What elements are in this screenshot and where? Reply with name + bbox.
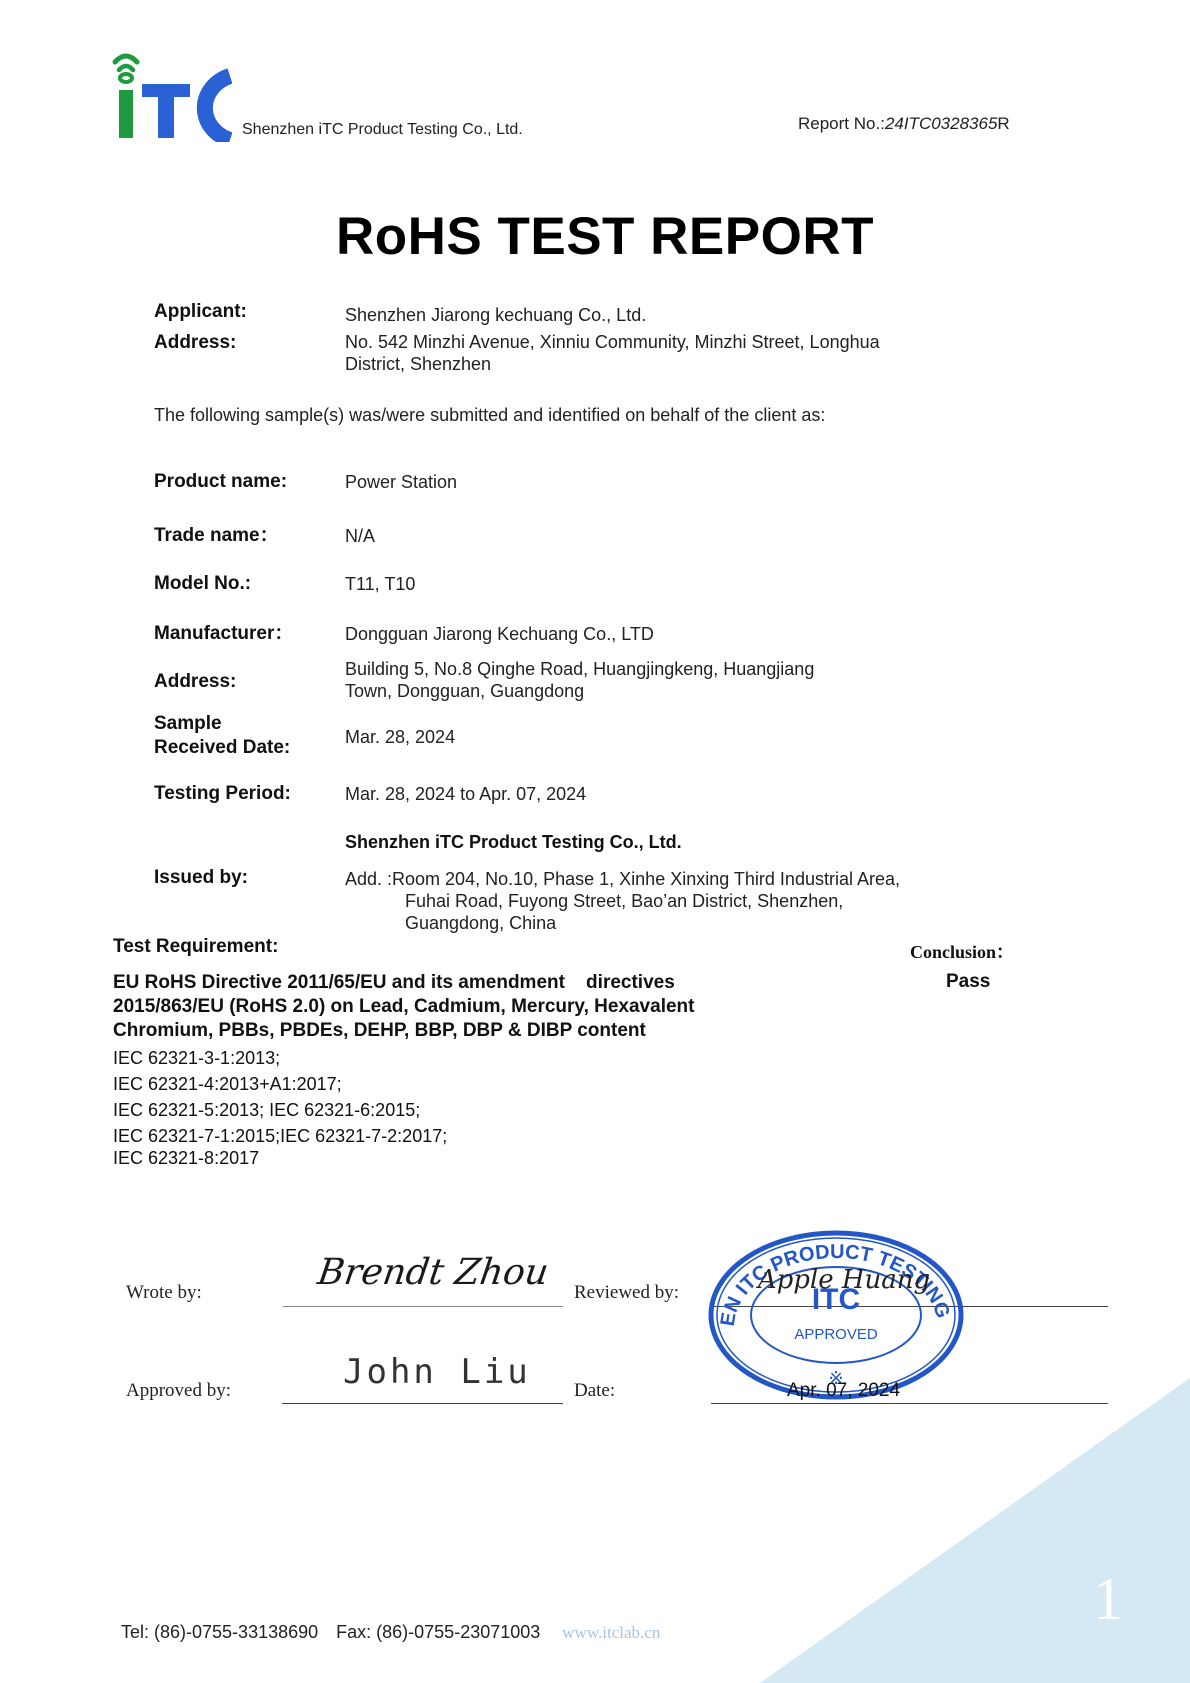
applicant-address-value: No. 542 Minzhi Avenue, Xinniu Community,… [345,331,975,375]
date-line [711,1403,1108,1404]
applicant-address-line2: District, Shenzhen [345,353,975,375]
manufacturer-address-label: Address: [154,670,236,694]
approval-stamp: SHENZHEN ITC PRODUCT TESTING CO.,LTD. IT… [706,1228,966,1402]
standard-item: IEC 62321-4:2013+A1:2017; [113,1073,447,1099]
applicant-label: Applicant: [154,300,247,324]
date-value: Apr. 07, 2024 [787,1380,900,1402]
footer-website-link[interactable]: www.itclab.cn [562,1623,660,1642]
standard-item: IEC 62321-3-1:2013; [113,1047,447,1073]
trade-name-value: N/A [345,525,975,547]
report-number: Report No.:24ITC0328365R [798,114,1010,134]
manufacturer-label: Manufacturer： [154,622,293,646]
itc-logo [112,48,232,142]
model-no-label: Model No.: [154,572,251,596]
reviewed-by-signature: Apple Huang [756,1265,930,1295]
testing-period-label: Testing Period: [154,782,291,806]
wrote-by-line [283,1306,563,1307]
manufacturer-value: Dongguan Jiarong Kechuang Co., LTD [345,623,975,645]
standard-item: IEC 62321-5:2013; IEC 62321-6:2015; [113,1099,447,1125]
issuer-address-line3: Guangdong, China [345,912,900,934]
testing-period-value: Mar. 28, 2024 to Apr. 07, 2024 [345,783,975,805]
test-requirement-directive: EU RoHS Directive 2011/65/EU and its ame… [113,971,793,1043]
date-label: Date: [574,1380,615,1402]
manufacturer-address-line2: Town, Dongguan, Guangdong [345,680,975,702]
sample-received-label-line2: Received Date: [154,736,290,760]
test-standards-list: IEC 62321-3-1:2013; IEC 62321-4:2013+A1:… [113,1047,447,1173]
model-no-value: T11, T10 [345,573,975,595]
issued-by-label: Issued by: [154,866,248,890]
product-name-value: Power Station [345,471,975,493]
stamp-approved-text: APPROVED [794,1326,878,1343]
issuer-name: Shenzhen iTC Product Testing Co., Ltd. [345,832,682,853]
standard-item: IEC 62321-8:2017 [113,1147,447,1173]
directive-line2: 2015/863/EU (RoHS 2.0) on Lead, Cadmium,… [113,995,793,1019]
intro-text: The following sample(s) was/were submitt… [154,405,825,426]
product-name-label: Product name: [154,470,287,494]
test-requirement-label: Test Requirement: [113,936,278,958]
page-title: RoHS TEST REPORT [0,206,1190,267]
wrote-by-signature: Brendt Zhou [315,1252,551,1293]
company-name-header: Shenzhen iTC Product Testing Co., Ltd. [242,121,523,139]
report-no-suffix: R [997,114,1009,133]
issuer-address-line2: Fuhai Road, Fuyong Street, Bao’an Distri… [345,890,900,912]
sample-received-label: Sample Received Date: [154,712,290,760]
applicant-address-line1: No. 542 Minzhi Avenue, Xinniu Community,… [345,331,975,353]
trade-name-label: Trade name： [154,524,279,548]
applicant-value: Shenzhen Jiarong kechuang Co., Ltd. [345,304,975,326]
issuer-address-line1: Add. :Room 204, No.10, Phase 1, Xinhe Xi… [345,868,900,890]
footer-contact: Tel: (86)-0755-33138690Fax: (86)-0755-23… [121,1622,660,1643]
approved-by-line [282,1403,563,1404]
sample-received-value: Mar. 28, 2024 [345,726,975,748]
manufacturer-address-value: Building 5, No.8 Qinghe Road, Huangjingk… [345,658,975,702]
conclusion-value: Pass [946,971,990,993]
footer-fax: Fax: (86)-0755-23071003 [336,1622,540,1642]
directive-line1: EU RoHS Directive 2011/65/EU and its ame… [113,971,793,995]
directive-line3: Chromium, PBBs, PBDEs, DEHP, BBP, DBP & … [113,1019,793,1043]
wrote-by-label: Wrote by: [126,1282,202,1304]
conclusion-label: Conclusion： [910,938,1014,964]
issuer-address: Add. :Room 204, No.10, Phase 1, Xinhe Xi… [345,868,900,934]
approved-by-signature: John Liu [343,1352,531,1392]
manufacturer-address-line1: Building 5, No.8 Qinghe Road, Huangjingk… [345,658,975,680]
report-no-value: 24ITC0328365 [885,114,997,133]
sample-received-label-line1: Sample [154,712,290,736]
page-number: 1 [1093,1565,1123,1634]
reviewed-by-label: Reviewed by: [574,1282,679,1304]
footer-tel: Tel: (86)-0755-33138690 [121,1622,318,1642]
applicant-address-label: Address: [154,331,236,355]
approved-by-label: Approved by: [126,1380,231,1402]
report-no-label: Report No.: [798,114,885,133]
